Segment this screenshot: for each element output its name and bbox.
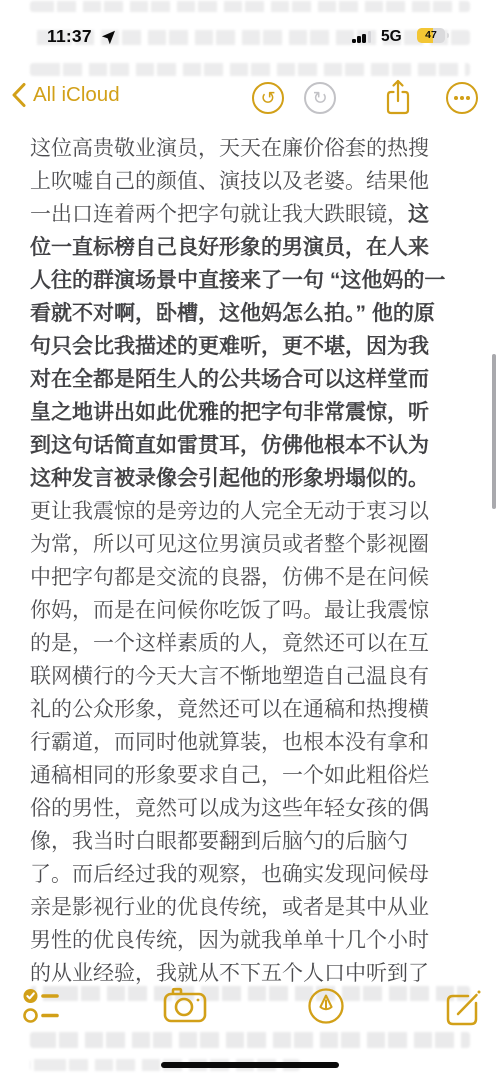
note-line: 男性的优良传统，因为就我单单十几个小时 (30, 924, 475, 957)
markup-pen-icon (310, 990, 343, 1023)
battery-tip (447, 33, 449, 38)
note-line: 人往的群演场景中直接来了一句 “这他妈的一 (30, 264, 475, 297)
note-line: 上吹嘘自己的颜值、演技以及老婆。结果他 (30, 165, 475, 198)
note-line: 这位高贵敬业演员，天天在廉价俗套的热搜 (30, 132, 475, 165)
clock: 11:37 (47, 26, 92, 47)
ellipsis-icon (454, 96, 471, 100)
note-line: 联网横行的今天大言不惭地塑造自己温良有 (30, 660, 475, 693)
share-button[interactable] (385, 77, 411, 117)
note-line: 句只会比我描述的更难听，更不堪，因为我 (30, 330, 475, 363)
back-button-label: All iCloud (33, 83, 120, 107)
checklist-icon (24, 989, 58, 1022)
compose-icon (448, 991, 481, 1025)
home-indicator[interactable] (161, 1062, 339, 1068)
share-icon (388, 81, 408, 113)
note-line: 看就不对啊，卧槽，这他妈怎么拍。” 他的原 (30, 297, 475, 330)
note-line: 为常，所以可见这位男演员或者整个影视圈 (30, 528, 475, 561)
checklist-button[interactable] (22, 986, 62, 1026)
note-line: 的是，一个这样素质的人，竟然还可以在互 (30, 627, 475, 660)
status-bar: 11:37 5G 47 (0, 0, 500, 54)
nav-bar: All iCloud ↺ ↻ (0, 72, 500, 126)
location-arrow-icon (101, 30, 116, 45)
redo-icon: ↻ (312, 89, 327, 107)
bottom-toolbar (0, 980, 500, 1040)
note-line: 像，我当时白眼都要翻到后脑勺的后脑勺 (30, 825, 475, 858)
note-line: 这种发言被录像会引起他的形象坍塌似的。 (30, 462, 475, 495)
note-line: 了。而后经过我的观察，也确实发现问候母 (30, 858, 475, 891)
battery-icon: 47 (417, 28, 445, 43)
battery-percent: 47 (417, 28, 445, 43)
notes-app-screen: 11:37 5G 47 All iCloud ↺ ↻ (0, 0, 500, 1084)
note-line: 皇之地讲出如此优雅的把字句非常震惊，听 (30, 396, 475, 429)
note-line: 礼的公众形象，竟然还可以在通稿和热搜横 (30, 693, 475, 726)
note-line: 俗的男性，竟然可以成为这些年轻女孩的偶 (30, 792, 475, 825)
note-text[interactable]: 这位高贵敬业演员，天天在廉价俗套的热搜上吹嘘自己的颜值、演技以及老婆。结果他一出… (30, 132, 475, 990)
back-button[interactable]: All iCloud (10, 82, 120, 108)
camera-icon (165, 989, 205, 1021)
note-line: 你妈，而是在问候你吃饭了吗。最让我震惊 (30, 594, 475, 627)
markup-button[interactable] (306, 986, 346, 1026)
note-line: 中把字句都是交流的良器，仿佛不是在问候 (30, 561, 475, 594)
note-line: 行霸道，而同时他就算装，也根本没有拿和 (30, 726, 475, 759)
note-line: 亲是影视行业的优良传统，或者是其中从业 (30, 891, 475, 924)
note-line: 更让我震惊的是旁边的人完全无动于衷习以 (30, 495, 475, 528)
more-button[interactable] (446, 82, 478, 114)
undo-icon: ↺ (260, 89, 275, 107)
redo-button[interactable]: ↻ (304, 82, 336, 114)
compose-button[interactable] (443, 986, 485, 1030)
note-line: 通稿相同的形象要求自己，一个如此粗俗烂 (30, 759, 475, 792)
note-line: 一出口连着两个把字句就让我大跌眼镜，这 (30, 198, 475, 231)
cellular-signal-icon (352, 31, 371, 43)
camera-button[interactable] (163, 986, 207, 1024)
network-type-label: 5G (381, 28, 402, 46)
scrollbar-thumb[interactable] (492, 354, 496, 509)
chevron-left-icon (10, 82, 27, 108)
undo-button[interactable]: ↺ (252, 82, 284, 114)
note-line: 对在全都是陌生人的公共场合可以这样堂而 (30, 363, 475, 396)
note-line: 位一直标榜自己良好形象的男演员，在人来 (30, 231, 475, 264)
note-line: 到这句话简直如雷贯耳，仿佛他根本不认为 (30, 429, 475, 462)
